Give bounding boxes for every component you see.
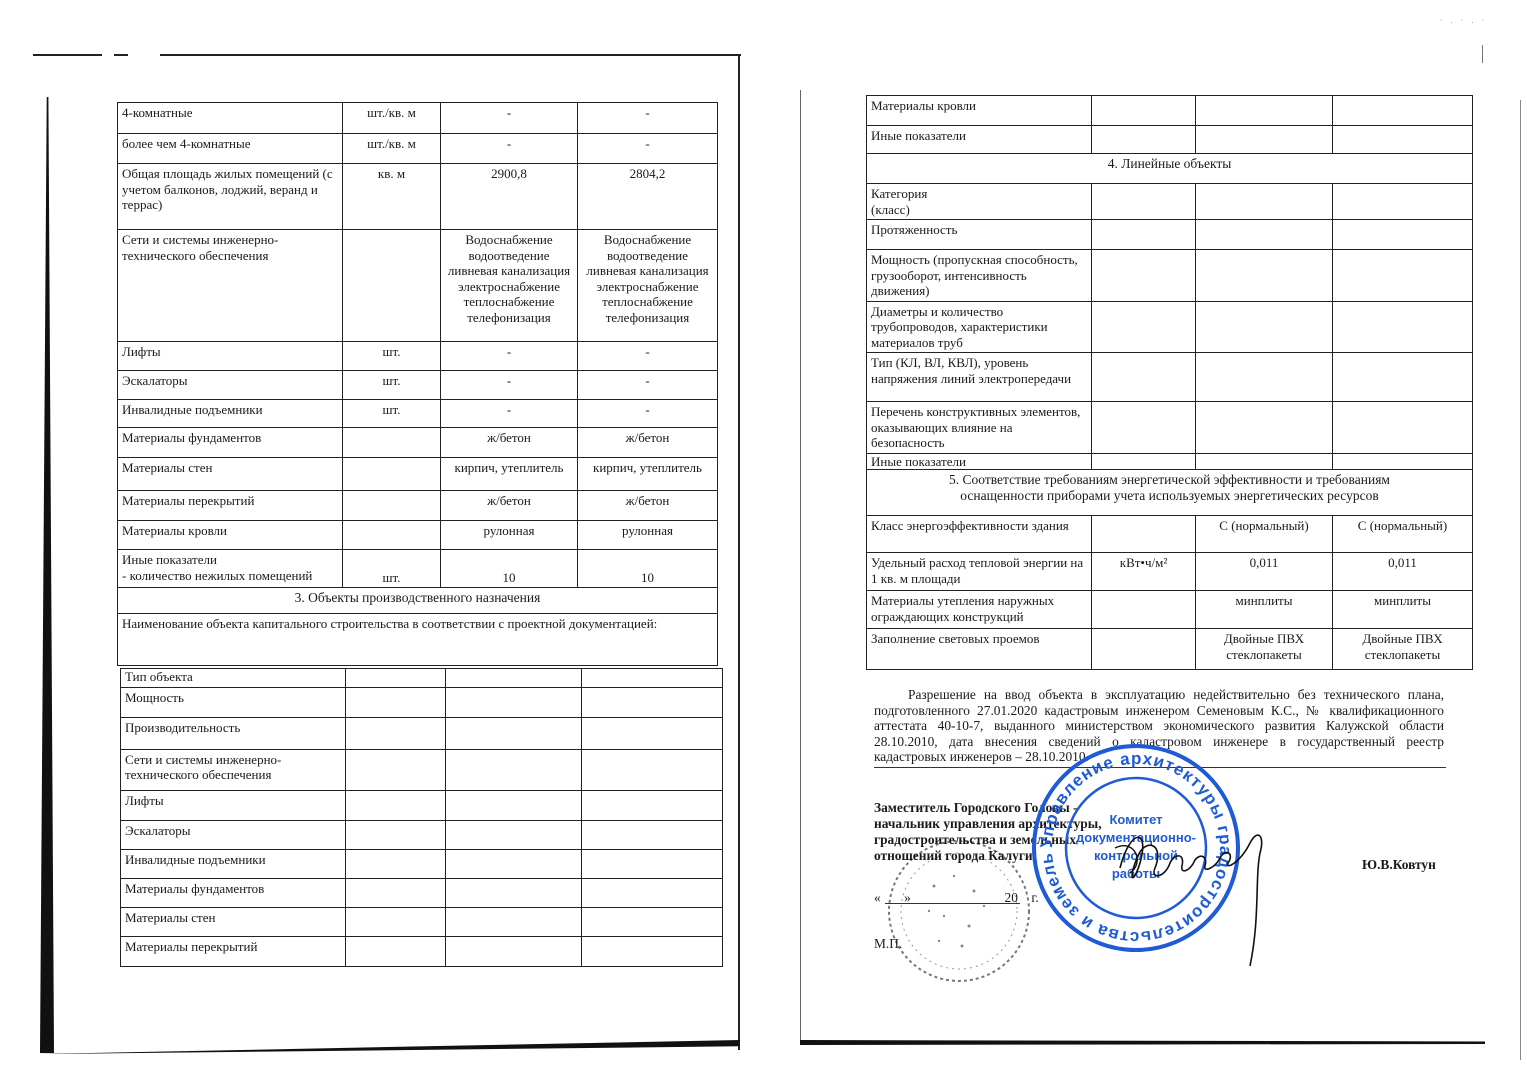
row-fact-value: 0,011: [1333, 553, 1473, 591]
empty-cell: [582, 749, 723, 790]
empty-cell: [582, 717, 723, 749]
row-fact-value: 2804,2: [578, 164, 718, 230]
table-row: Иные показатели: [867, 453, 1473, 470]
row-fact-value: -: [578, 342, 718, 371]
row-plan-value: -: [441, 371, 578, 400]
table-row: Инвалидные подъемники: [121, 849, 723, 878]
row-unit: шт.: [343, 400, 441, 428]
empty-cell: [1333, 220, 1473, 250]
section-3-title: 3. Объекты производственного назначения: [118, 588, 718, 614]
empty-cell: [1092, 301, 1196, 353]
seal-place-label: М.П.: [874, 936, 902, 952]
empty-cell: [446, 907, 582, 936]
row-plan-value: -: [441, 134, 578, 164]
empty-cell: [582, 790, 723, 820]
table-row: Эскалаторы шт. - -: [118, 371, 718, 400]
row-fact-value: -: [578, 371, 718, 400]
table-row: Заполнение световых проемов Двойные ПВХ …: [867, 629, 1473, 670]
empty-cell: [1196, 353, 1333, 402]
row-unit: [343, 521, 441, 550]
empty-cell: [1333, 184, 1473, 220]
row-unit: [343, 428, 441, 458]
row-label: Материалы перекрытий: [118, 491, 343, 521]
row-plan-value: кирпич, утеплитель: [441, 458, 578, 491]
empty-cell: [446, 878, 582, 907]
section-4-title: 4. Линейные объекты: [867, 154, 1473, 184]
row-unit: шт./кв. м: [343, 134, 441, 164]
table-row: Тип (КЛ, ВЛ, КВЛ), уровень напряжения ли…: [867, 353, 1473, 402]
scan-noise: · . · . ·: [1440, 16, 1487, 25]
signer-name: Ю.В.Ковтун: [1362, 857, 1436, 873]
table-row: Материалы стен: [121, 907, 723, 936]
row-label: Удельный расход тепловой энергии на 1 кв…: [867, 553, 1092, 591]
row-label: Иные показатели: [867, 453, 1092, 470]
empty-cell: [346, 717, 446, 749]
empty-cell: [1333, 301, 1473, 353]
row-label: Тип (КЛ, ВЛ, КВЛ), уровень напряжения ли…: [867, 353, 1092, 402]
empty-cell: [1196, 96, 1333, 126]
empty-cell: [446, 687, 582, 717]
row-label: Лифты: [118, 342, 343, 371]
row-fact-value: рулонная: [578, 521, 718, 550]
empty-cell: [1092, 96, 1196, 126]
empty-cell: [346, 849, 446, 878]
empty-cell: [346, 790, 446, 820]
empty-cell: [346, 669, 446, 688]
row-fact-value: кирпич, утеплитель: [578, 458, 718, 491]
empty-cell: [346, 907, 446, 936]
table-row: Протяженность: [867, 220, 1473, 250]
empty-cell: [582, 878, 723, 907]
empty-cell: [582, 936, 723, 966]
left-page-left-border: [40, 97, 54, 1053]
row-plan-value: 0,011: [1196, 553, 1333, 591]
empty-cell: [1092, 184, 1196, 220]
row-unit: шт.: [343, 371, 441, 400]
empty-cell: [1196, 220, 1333, 250]
table-row: 4-комнатные шт./кв. м - -: [118, 103, 718, 134]
row-label: Иные показатели: [867, 126, 1092, 154]
row-unit: [1092, 591, 1196, 629]
row-label: 4-комнатные: [118, 103, 343, 134]
table-row: Мощность (пропускная способность, грузоо…: [867, 250, 1473, 302]
row-label: Лифты: [121, 790, 346, 820]
row-fact-value: -: [578, 103, 718, 134]
row-label: Материалы кровли: [118, 521, 343, 550]
left-page-right-border: [738, 54, 740, 1050]
empty-cell: [1196, 301, 1333, 353]
section-header-row: 4. Линейные объекты: [867, 154, 1473, 184]
row-unit: [1092, 516, 1196, 553]
section-5-title-line: оснащенности приборами учета используемы…: [871, 488, 1468, 504]
row-label: Класс энергоэффективности здания: [867, 516, 1092, 553]
table-row: Мощность: [121, 687, 723, 717]
row-fact-value: Двойные ПВХ стеклопакеты: [1333, 629, 1473, 670]
row-fact-value: ж/бетон: [578, 428, 718, 458]
row-fact-value: Водоснабжение водоотведение ливневая кан…: [578, 230, 718, 342]
empty-cell: [1092, 250, 1196, 302]
row-plan-value: минплиты: [1196, 591, 1333, 629]
row-label: Мощность (пропускная способность, грузоо…: [867, 250, 1092, 302]
empty-cell: [346, 687, 446, 717]
section-header-row: 3. Объекты производственного назначения: [118, 588, 718, 614]
empty-cell: [1092, 353, 1196, 402]
empty-cell: [582, 820, 723, 849]
row-fact-value: С (нормальный): [1333, 516, 1473, 553]
table-row: Инвалидные подъемники шт. - -: [118, 400, 718, 428]
row-plan-value: ж/бетон: [441, 428, 578, 458]
empty-cell: [1092, 126, 1196, 154]
section-5-title-line: 5. Соответствие требованиям энергетическ…: [871, 472, 1468, 488]
empty-cell: [1333, 96, 1473, 126]
empty-cell: [346, 936, 446, 966]
table-row: Наименование объекта капитального строит…: [118, 614, 718, 666]
row-unit: шт.: [343, 550, 441, 588]
row-unit: кв. м: [343, 164, 441, 230]
date-underline: [885, 903, 1020, 904]
row-label: Материалы кровли: [867, 96, 1092, 126]
object-name-label: Наименование объекта капитального строит…: [118, 614, 718, 666]
table-row: Материалы фундаментов: [121, 878, 723, 907]
row-unit: шт.: [343, 342, 441, 371]
section-header-row: 5. Соответствие требованиям энергетическ…: [867, 470, 1473, 516]
row-plan-value: 2900,8: [441, 164, 578, 230]
empty-cell: [1196, 453, 1333, 470]
table-row: Материалы перекрытий: [121, 936, 723, 966]
row-fact-value: минплиты: [1333, 591, 1473, 629]
empty-cell: [446, 717, 582, 749]
row-label: Эскалаторы: [118, 371, 343, 400]
table-row: Иные показатели - количество нежилых пом…: [118, 550, 718, 588]
scan-mark: [1482, 45, 1483, 63]
table-row: Диаметры и количество трубопроводов, хар…: [867, 301, 1473, 353]
table-row: Лифты: [121, 790, 723, 820]
empty-cell: [446, 790, 582, 820]
row-label-line: Иные показатели: [122, 552, 338, 568]
empty-cell: [1333, 402, 1473, 454]
table-row: Сети и системы инженерно-технического об…: [118, 230, 718, 342]
right-page-left-border: [800, 90, 801, 1045]
empty-cell: [1333, 250, 1473, 302]
table-row: Иные показатели: [867, 126, 1473, 154]
table-row: Класс энергоэффективности здания С (норм…: [867, 516, 1473, 553]
empty-cell: [1333, 126, 1473, 154]
table-row: Материалы утепления наружных ограждающих…: [867, 591, 1473, 629]
table-row: Лифты шт. - -: [118, 342, 718, 371]
empty-cell: [346, 820, 446, 849]
table-row: Сети и системы инженерно-технического об…: [121, 749, 723, 790]
row-unit: кВт•ч/м²: [1092, 553, 1196, 591]
empty-cell: [346, 749, 446, 790]
row-label: Диаметры и количество трубопроводов, хар…: [867, 301, 1092, 353]
industrial-objects-table: Тип объекта Мощность Производительность …: [120, 668, 723, 967]
row-plan-value: -: [441, 342, 578, 371]
row-unit: [343, 491, 441, 521]
empty-cell: [346, 878, 446, 907]
table-row: Удельный расход тепловой энергии на 1 кв…: [867, 553, 1473, 591]
row-label: Материалы перекрытий: [121, 936, 346, 966]
row-plan-value: Водоснабжение водоотведение ливневая кан…: [441, 230, 578, 342]
table-row: Производительность: [121, 717, 723, 749]
empty-cell: [446, 820, 582, 849]
row-plan-value: ж/бетон: [441, 491, 578, 521]
row-label: Производительность: [121, 717, 346, 749]
row-label: Материалы фундаментов: [118, 428, 343, 458]
empty-cell: [1092, 220, 1196, 250]
table-row: Категория (класс): [867, 184, 1473, 220]
table-row: Перечень конструктивных элементов, оказы…: [867, 402, 1473, 454]
right-page-right-border: [1520, 100, 1521, 1060]
row-plan-value: 10: [441, 550, 578, 588]
row-label: Материалы стен: [121, 907, 346, 936]
row-label: Инвалидные подъемники: [121, 849, 346, 878]
empty-cell: [1092, 402, 1196, 454]
empty-cell: [1196, 250, 1333, 302]
table-row: Тип объекта: [121, 669, 723, 688]
row-label: Материалы стен: [118, 458, 343, 491]
row-label: Категория (класс): [867, 184, 1092, 220]
table-row: Материалы перекрытий ж/бетон ж/бетон: [118, 491, 718, 521]
empty-cell: [582, 849, 723, 878]
section-5-title: 5. Соответствие требованиям энергетическ…: [867, 470, 1473, 516]
border-gap: [102, 52, 114, 56]
row-label: Тип объекта: [121, 669, 346, 688]
empty-cell: [446, 669, 582, 688]
border-gap: [128, 52, 160, 56]
empty-cell: [1092, 453, 1196, 470]
row-label: Сети и системы инженерно-технического об…: [118, 230, 343, 342]
row-label: Иные показатели - количество нежилых пом…: [118, 550, 343, 588]
empty-cell: [582, 669, 723, 688]
row-unit: шт./кв. м: [343, 103, 441, 134]
signature-icon: [1110, 808, 1280, 968]
left-page-bottom-border: [40, 1040, 740, 1054]
row-plan-value: -: [441, 103, 578, 134]
table-row: Материалы кровли: [867, 96, 1473, 126]
empty-cell: [1196, 402, 1333, 454]
row-fact-value: 10: [578, 550, 718, 588]
empty-cell: [1196, 184, 1333, 220]
row-unit: [343, 458, 441, 491]
row-label: Материалы утепления наружных ограждающих…: [867, 591, 1092, 629]
row-label: Инвалидные подъемники: [118, 400, 343, 428]
table-row: более чем 4-комнатные шт./кв. м - -: [118, 134, 718, 164]
row-fact-value: ж/бетон: [578, 491, 718, 521]
table-row: Материалы стен кирпич, утеплитель кирпич…: [118, 458, 718, 491]
empty-cell: [446, 749, 582, 790]
table-row: Материалы фундаментов ж/бетон ж/бетон: [118, 428, 718, 458]
empty-cell: [1333, 453, 1473, 470]
row-label: Сети и системы инженерно-технического об…: [121, 749, 346, 790]
right-page-bottom-border: [800, 1040, 1485, 1045]
empty-cell: [446, 849, 582, 878]
row-label: Перечень конструктивных элементов, оказы…: [867, 402, 1092, 454]
row-label: более чем 4-комнатные: [118, 134, 343, 164]
row-unit: [343, 230, 441, 342]
row-plan-value: С (нормальный): [1196, 516, 1333, 553]
row-label-line: - количество нежилых помещений: [122, 568, 338, 584]
row-plan-value: Двойные ПВХ стеклопакеты: [1196, 629, 1333, 670]
row-label: Материалы фундаментов: [121, 878, 346, 907]
empty-cell: [1196, 126, 1333, 154]
row-label: Мощность: [121, 687, 346, 717]
empty-cell: [1333, 353, 1473, 402]
row-fact-value: -: [578, 134, 718, 164]
row-plan-value: -: [441, 400, 578, 428]
row-fact-value: -: [578, 400, 718, 428]
row-label: Общая площадь жилых помещений (с учетом …: [118, 164, 343, 230]
row-unit: [1092, 629, 1196, 670]
table-row: Эскалаторы: [121, 820, 723, 849]
residential-indicators-table: 4-комнатные шт./кв. м - - более чем 4-ко…: [117, 102, 718, 666]
row-plan-value: рулонная: [441, 521, 578, 550]
table-row: Общая площадь жилых помещений (с учетом …: [118, 164, 718, 230]
row-label: Протяженность: [867, 220, 1092, 250]
row-label: Заполнение световых проемов: [867, 629, 1092, 670]
table-row: Материалы кровли рулонная рулонная: [118, 521, 718, 550]
empty-cell: [582, 907, 723, 936]
empty-cell: [582, 687, 723, 717]
linear-and-energy-table: Материалы кровли Иные показатели 4. Лине…: [866, 95, 1473, 670]
empty-cell: [446, 936, 582, 966]
row-label: Эскалаторы: [121, 820, 346, 849]
